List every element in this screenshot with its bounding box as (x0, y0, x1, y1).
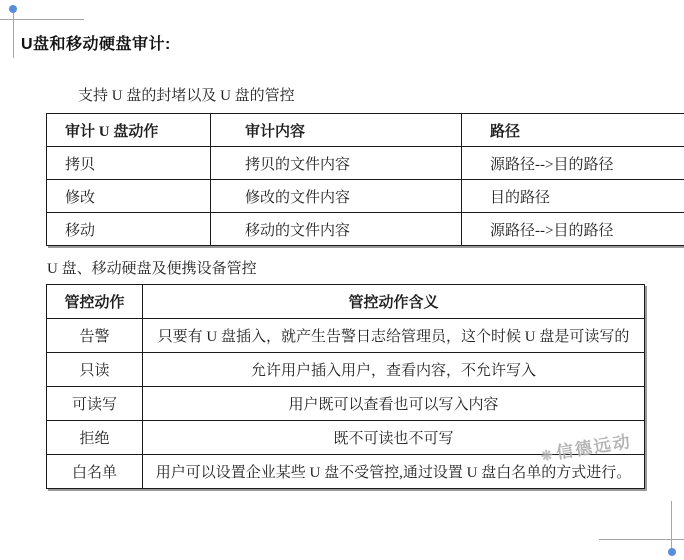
audit-cell-action: 移动 (47, 213, 211, 246)
crop-guide-right-vertical (671, 501, 672, 552)
control-cell-action: 只读 (47, 353, 143, 387)
audit-cell-path: 源路径-->目的路径 (462, 147, 684, 180)
audit-cell-action: 修改 (47, 180, 211, 213)
table-row: 修改 修改的文件内容 目的路径 (47, 180, 684, 213)
control-header-meaning: 管控动作含义 (143, 285, 645, 319)
crop-guide-left-vertical (13, 10, 14, 58)
control-header-row: 管控动作 管控动作含义 (47, 285, 645, 319)
selection-handle-top-left[interactable] (9, 5, 17, 13)
table-row: 拷贝 拷贝的文件内容 源路径-->目的路径 (47, 147, 684, 180)
control-table: 管控动作 管控动作含义 告警 只要有 U 盘插入，就产生告警日志给管理员，这个时… (46, 284, 645, 489)
table-row: 白名单 用户可以设置企业某些 U 盘不受管控,通过设置 U 盘白名单的方式进行。 (47, 455, 645, 489)
control-cell-action: 告警 (47, 319, 143, 353)
table-row: 只读 允许用户插入用户，查看内容，不允许写入 (47, 353, 645, 387)
control-table-caption: U 盘、移动硬盘及便携设备管控 (47, 257, 257, 278)
audit-cell-content: 拷贝的文件内容 (211, 147, 462, 180)
control-cell-meaning: 允许用户插入用户，查看内容，不允许写入 (143, 353, 645, 387)
control-cell-meaning: 既不可读也不可写 (143, 421, 645, 455)
audit-cell-path: 目的路径 (462, 180, 684, 213)
control-cell-meaning: 只要有 U 盘插入，就产生告警日志给管理员，这个时候 U 盘是可读写的 (143, 319, 645, 353)
table-row: 可读写 用户既可以查看也可以写入内容 (47, 387, 645, 421)
audit-cell-action: 拷贝 (47, 147, 211, 180)
table-row: 告警 只要有 U 盘插入，就产生告警日志给管理员，这个时候 U 盘是可读写的 (47, 319, 645, 353)
control-cell-action: 拒绝 (47, 421, 143, 455)
audit-table: 审计 U 盘动作 审计内容 路径 拷贝 拷贝的文件内容 源路径-->目的路径 修… (46, 113, 684, 246)
audit-cell-content: 修改的文件内容 (211, 180, 462, 213)
table-row: 移动 移动的文件内容 源路径-->目的路径 (47, 213, 684, 246)
control-cell-action: 白名单 (47, 455, 143, 489)
audit-header-action: 审计 U 盘动作 (47, 114, 211, 147)
control-cell-meaning: 用户既可以查看也可以写入内容 (143, 387, 645, 421)
audit-cell-content: 移动的文件内容 (211, 213, 462, 246)
audit-header-content: 审计内容 (211, 114, 462, 147)
audit-table-caption: 支持 U 盘的封堵以及 U 盘的管控 (78, 84, 295, 105)
control-header-action: 管控动作 (47, 285, 143, 319)
page-title: U盘和移动硬盘审计: (21, 31, 171, 54)
audit-header-path: 路径 (462, 114, 684, 147)
control-cell-meaning: 用户可以设置企业某些 U 盘不受管控,通过设置 U 盘白名单的方式进行。 (143, 455, 645, 489)
selection-handle-bottom-right[interactable] (668, 548, 676, 556)
audit-cell-path: 源路径-->目的路径 (462, 213, 684, 246)
control-cell-action: 可读写 (47, 387, 143, 421)
audit-header-row: 审计 U 盘动作 审计内容 路径 (47, 114, 684, 147)
table-row: 拒绝 既不可读也不可写 (47, 421, 645, 455)
